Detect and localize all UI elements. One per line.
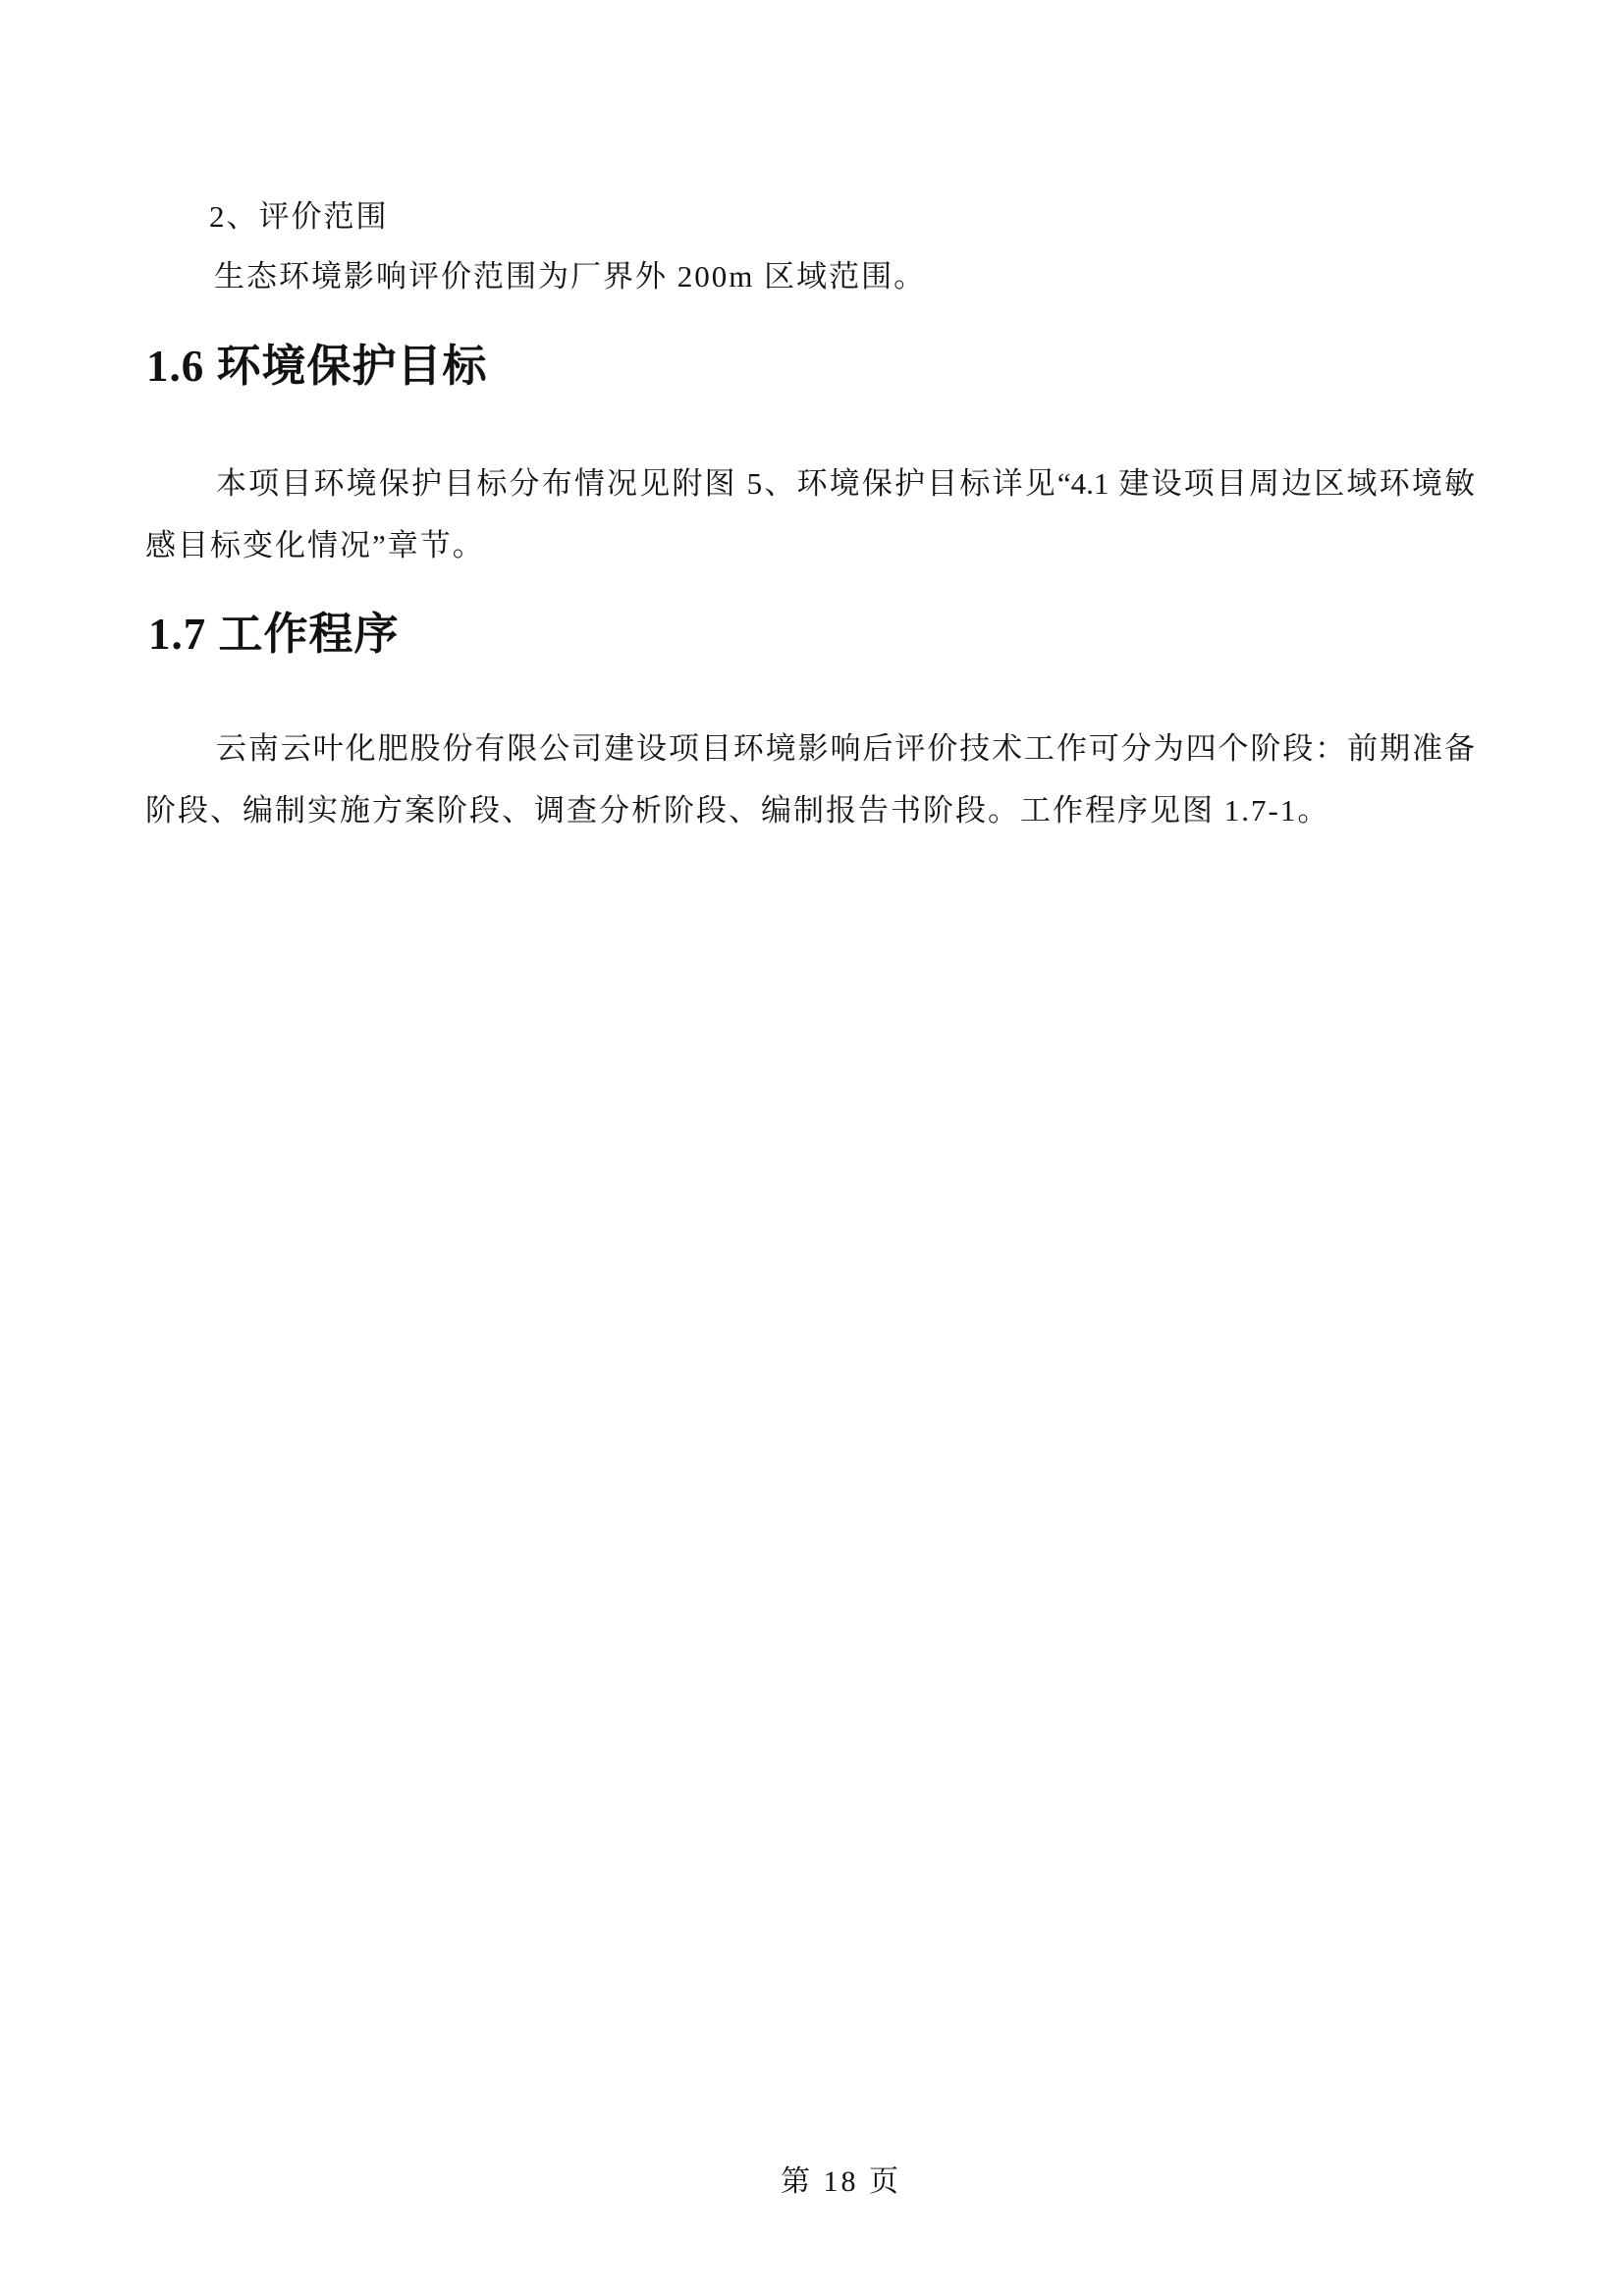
document-page: 2、评价范围 生态环境影响评价范围为厂界外 200m 区域范围。 1.6 环境保… xyxy=(0,0,1624,2296)
paragraph-line-1-7-first: 云南云叶化肥股份有限公司建设项目环境影响后评价技术工作可分为四个阶段：前期准备 xyxy=(145,733,1475,764)
page-number: 第 18 页 xyxy=(781,2167,901,2197)
paragraph-line-1-6-second: 感目标变化情况”章节。 xyxy=(145,530,485,561)
paragraph-line-1-6-first: 本项目环境保护目标分布情况见附图 5、环境保护目标详见“4.1 建设项目周边区域… xyxy=(145,468,1475,499)
list-item-evaluation-scope: 2、评价范围 xyxy=(209,201,389,232)
section-heading-1-7: 1.7 工作程序 xyxy=(148,613,400,657)
section-heading-1-6: 1.6 环境保护目标 xyxy=(146,345,488,389)
paragraph-line-1-7-second: 阶段、编制实施方案阶段、调查分析阶段、编制报告书阶段。工作程序见图 1.7-1。 xyxy=(145,795,1329,826)
paragraph-line-evaluation-scope-body: 生态环境影响评价范围为厂界外 200m 区域范围。 xyxy=(214,261,926,292)
